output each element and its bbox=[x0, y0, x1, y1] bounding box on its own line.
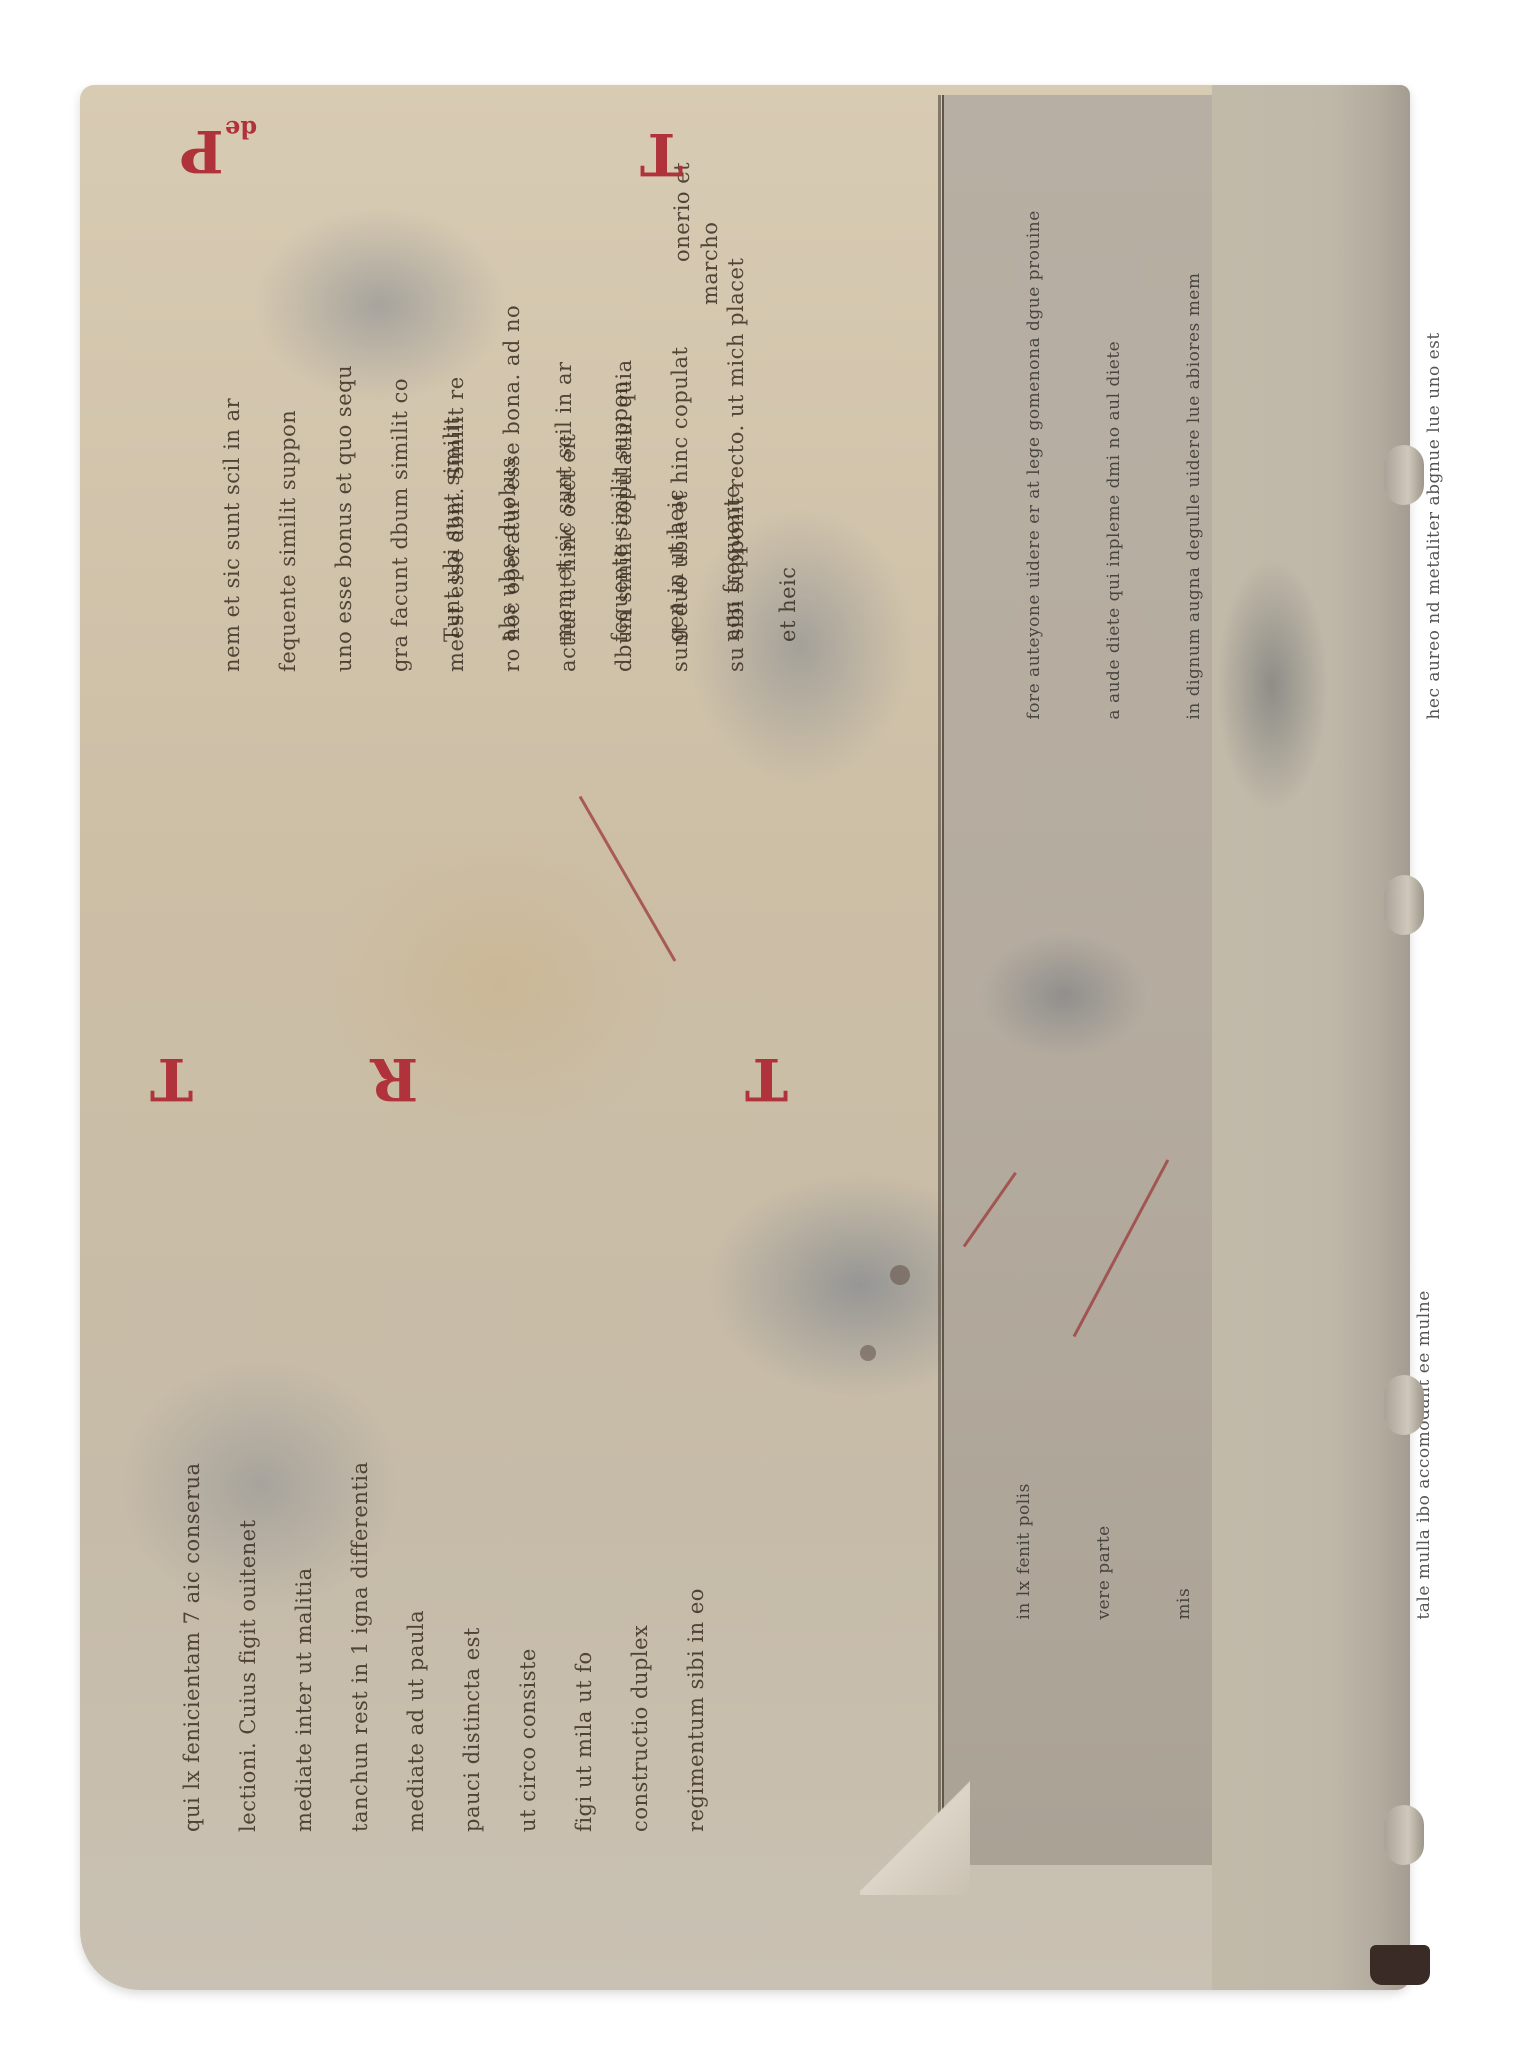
text-line: qui lx fenicientam 7 aic conserua bbox=[180, 1462, 204, 1831]
text-line: mediate ad ut paula bbox=[404, 1610, 428, 1832]
rubric-initial-de: de bbox=[225, 115, 257, 144]
rubric-initial-r: R bbox=[370, 1045, 418, 1113]
text-line: gra facunt dbum similit co bbox=[388, 378, 412, 672]
text-line: figi ut mila ut fo bbox=[572, 1651, 596, 1832]
text-line: a aude diete qui inpleme dmi no aul diet… bbox=[1104, 341, 1124, 720]
rubric-initial-t-lower-right: T bbox=[745, 1045, 788, 1113]
text-line: nem et sic sunt scil in ar bbox=[220, 398, 244, 672]
text-line: mem et sic sunt scil in ar bbox=[552, 361, 576, 641]
text-line: lectioni. Cuius figit ouitenet bbox=[236, 1519, 260, 1832]
raised-band bbox=[1384, 1375, 1424, 1435]
overlay-text-lower: in lx fenit polis vere parte mis fine su… bbox=[964, 1095, 1204, 1655]
folded-corner bbox=[860, 1775, 970, 1895]
red-ink-mark bbox=[579, 796, 677, 962]
text-line: fore auteyone uidere er at lege gomenona… bbox=[1024, 210, 1044, 719]
text-line: fequente similit suppon bbox=[276, 410, 300, 672]
text-line: uno esse bonus et quo sequ bbox=[332, 365, 356, 672]
raised-band bbox=[1384, 875, 1424, 935]
overlay-vellum-strip: fore auteyone uidere er at lege gomenona… bbox=[942, 95, 1214, 1865]
worn-spine-end bbox=[1370, 1945, 1430, 1985]
text-line: in dignum augna degulle uidere lue abior… bbox=[1184, 273, 1204, 720]
text-line: mis bbox=[1174, 1588, 1194, 1620]
upper-right-text-column: Tunt ubi sunt similit abs ubse duobus me… bbox=[410, 305, 640, 685]
ink-stain bbox=[890, 1265, 910, 1285]
text-line: pauci distincta est bbox=[460, 1627, 484, 1832]
text-line: fcquente similit suppon bbox=[608, 380, 632, 642]
text-line: abs ubse duobus bbox=[496, 457, 520, 642]
text-line: hec aureo nd metaliter abgnue lue uno es… bbox=[1424, 332, 1444, 719]
text-line: ut circo consiste bbox=[516, 1648, 540, 1832]
text-line: et heic bbox=[776, 566, 800, 641]
fold-line bbox=[938, 95, 941, 1875]
text-line: regimentum sibi in eo bbox=[684, 1588, 708, 1832]
book-spine bbox=[1212, 85, 1410, 1990]
raised-band bbox=[1384, 1805, 1424, 1865]
text-line: vere parte bbox=[1094, 1525, 1114, 1619]
text-line: non frequente bbox=[720, 485, 744, 642]
book-cover: nem et sic sunt scil in ar fequente simi… bbox=[80, 85, 1410, 1990]
rubric-initial-t-lower-left: T bbox=[150, 1045, 193, 1113]
text-line: tale mulla ibo accomodant ee mulne bbox=[1414, 1290, 1434, 1619]
text-line: mediate inter ut malitia bbox=[292, 1567, 316, 1832]
text-line: in lx fenit polis bbox=[1014, 1483, 1034, 1619]
rubric-initial-t-upper: T bbox=[640, 120, 683, 188]
text-line: constructio duplex bbox=[628, 1625, 652, 1832]
text-line: tanchun rest in 1 igna differentia bbox=[348, 1461, 372, 1831]
text-line: Tunt ubi sunt similit bbox=[440, 416, 464, 642]
lower-text-columns: qui lx fenicientam 7 aic conserua lectio… bbox=[150, 1115, 750, 1875]
rubric-initial-p: P bbox=[180, 117, 224, 185]
raised-band bbox=[1384, 445, 1424, 505]
overlay-text-upper: fore auteyone uidere er at lege gomenona… bbox=[974, 115, 1214, 755]
text-line: gen in ut heic bbox=[664, 489, 688, 642]
ink-stain bbox=[860, 1345, 876, 1361]
vellum-left-panel: nem et sic sunt scil in ar fequente simi… bbox=[80, 85, 940, 1990]
